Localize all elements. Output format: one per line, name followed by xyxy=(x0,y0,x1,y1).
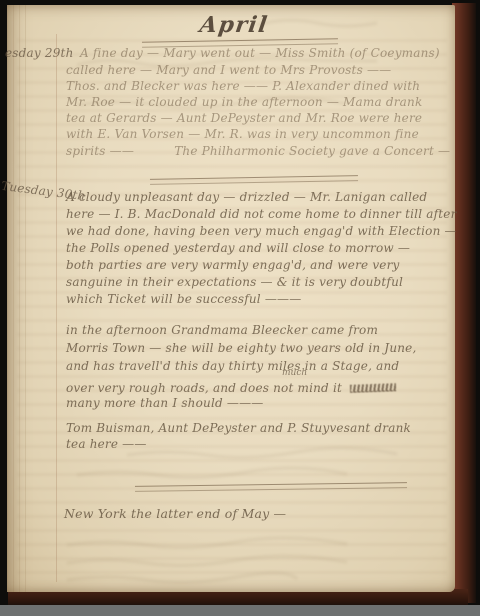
scratched-out-word xyxy=(350,383,396,393)
entry-line: tea at Gerards — Aunt DePeyster and Mr. … xyxy=(66,111,422,125)
entry-line: the Polls opened yesterday and will clos… xyxy=(66,241,410,255)
entry-line: Tom Buisman, Aunt DePeyster and P. Stuyv… xyxy=(66,421,411,435)
entry-line: A fine day — Mary went out — Miss Smith … xyxy=(80,46,440,60)
desk-mat xyxy=(0,605,480,616)
diary-scan: April esday 29th A fine day — Mary went … xyxy=(0,0,480,616)
line-text-pre: over very rough roads, and does not xyxy=(66,381,294,395)
margin-rule xyxy=(56,34,57,582)
entry-line: in the afternoon Grandmama Bleecker came… xyxy=(66,323,378,337)
entry-line: Morris Town — she will be eighty two yea… xyxy=(66,341,417,355)
entry-line: with E. Van Vorsen — Mr. R. was in very … xyxy=(66,127,419,141)
inserted-word: much xyxy=(282,368,307,378)
entry-line: spirits —— The Philharmonic Society gave… xyxy=(66,144,450,158)
entry-line: tea here —— xyxy=(66,437,147,451)
entry-line: A cloudy unpleasant day — drizzled — Mr.… xyxy=(66,190,427,204)
entry-line: here — I. B. MacDonald did not come home… xyxy=(66,207,457,221)
entry-line-with-edit: over very rough roads, and does not mind… xyxy=(66,377,396,396)
book-cover-edge-right xyxy=(452,3,476,603)
entry-line: called here — Mary and I went to Mrs Pro… xyxy=(66,63,391,77)
entry-line: we had done, having been very much engag… xyxy=(66,224,457,238)
entry-line: Mr. Roe — it clouded up in the afternoon… xyxy=(66,95,422,109)
entry-line: and has travell'd this day thirty miles … xyxy=(66,359,399,373)
entry-line: which Ticket will be successful ——— xyxy=(66,292,301,306)
line-text-post: mind it xyxy=(294,381,343,395)
footer-note: New York the latter end of May — xyxy=(64,506,286,521)
entry-line: both parties are very warmly engag'd, an… xyxy=(66,258,400,272)
entry-line: sanguine in their expectations — & it is… xyxy=(66,275,403,289)
entry-date: esday 29th xyxy=(5,46,74,60)
entry-line: Thos. and Blecker was here —— P. Alexand… xyxy=(66,79,420,93)
page-title: April xyxy=(198,12,270,38)
entry-line: many more than I should ——— xyxy=(66,396,264,410)
